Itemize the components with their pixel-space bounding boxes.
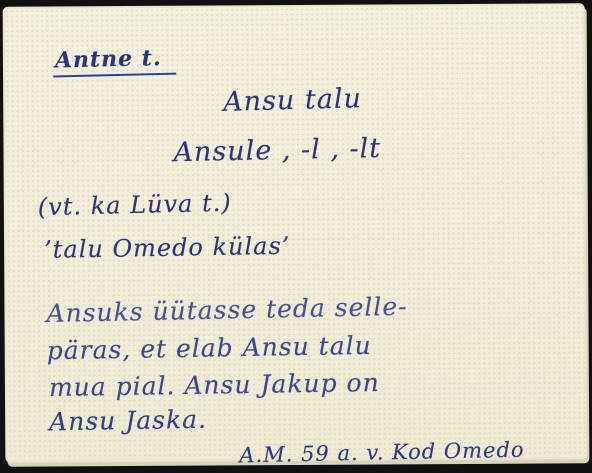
- body-text-line: mua pial. Ansu Jakup on: [49, 368, 380, 402]
- declension-forms: Ansule , -l , -lt: [173, 133, 381, 168]
- meaning-gloss: ’talu Omedo külas’: [44, 232, 291, 264]
- index-keyword-heading: Antne t.: [53, 45, 176, 78]
- scan-background: Antne t. Ansu talu Ansule , -l , -lt (vt…: [0, 0, 592, 473]
- index-card: Antne t. Ansu talu Ansule , -l , -lt (vt…: [5, 5, 586, 461]
- cross-reference-note: (vt. ka Lüva t.): [38, 189, 232, 222]
- body-text-line: Ansu Jaska.: [49, 405, 207, 437]
- body-text-line: Ansuks üütasse teda selle-: [46, 292, 408, 328]
- card-title: Ansu talu: [223, 83, 362, 118]
- body-text-line: päras, et elab Ansu talu: [46, 331, 371, 365]
- attribution-line: A.M. 59 a. v. Kod Omedo: [239, 438, 525, 468]
